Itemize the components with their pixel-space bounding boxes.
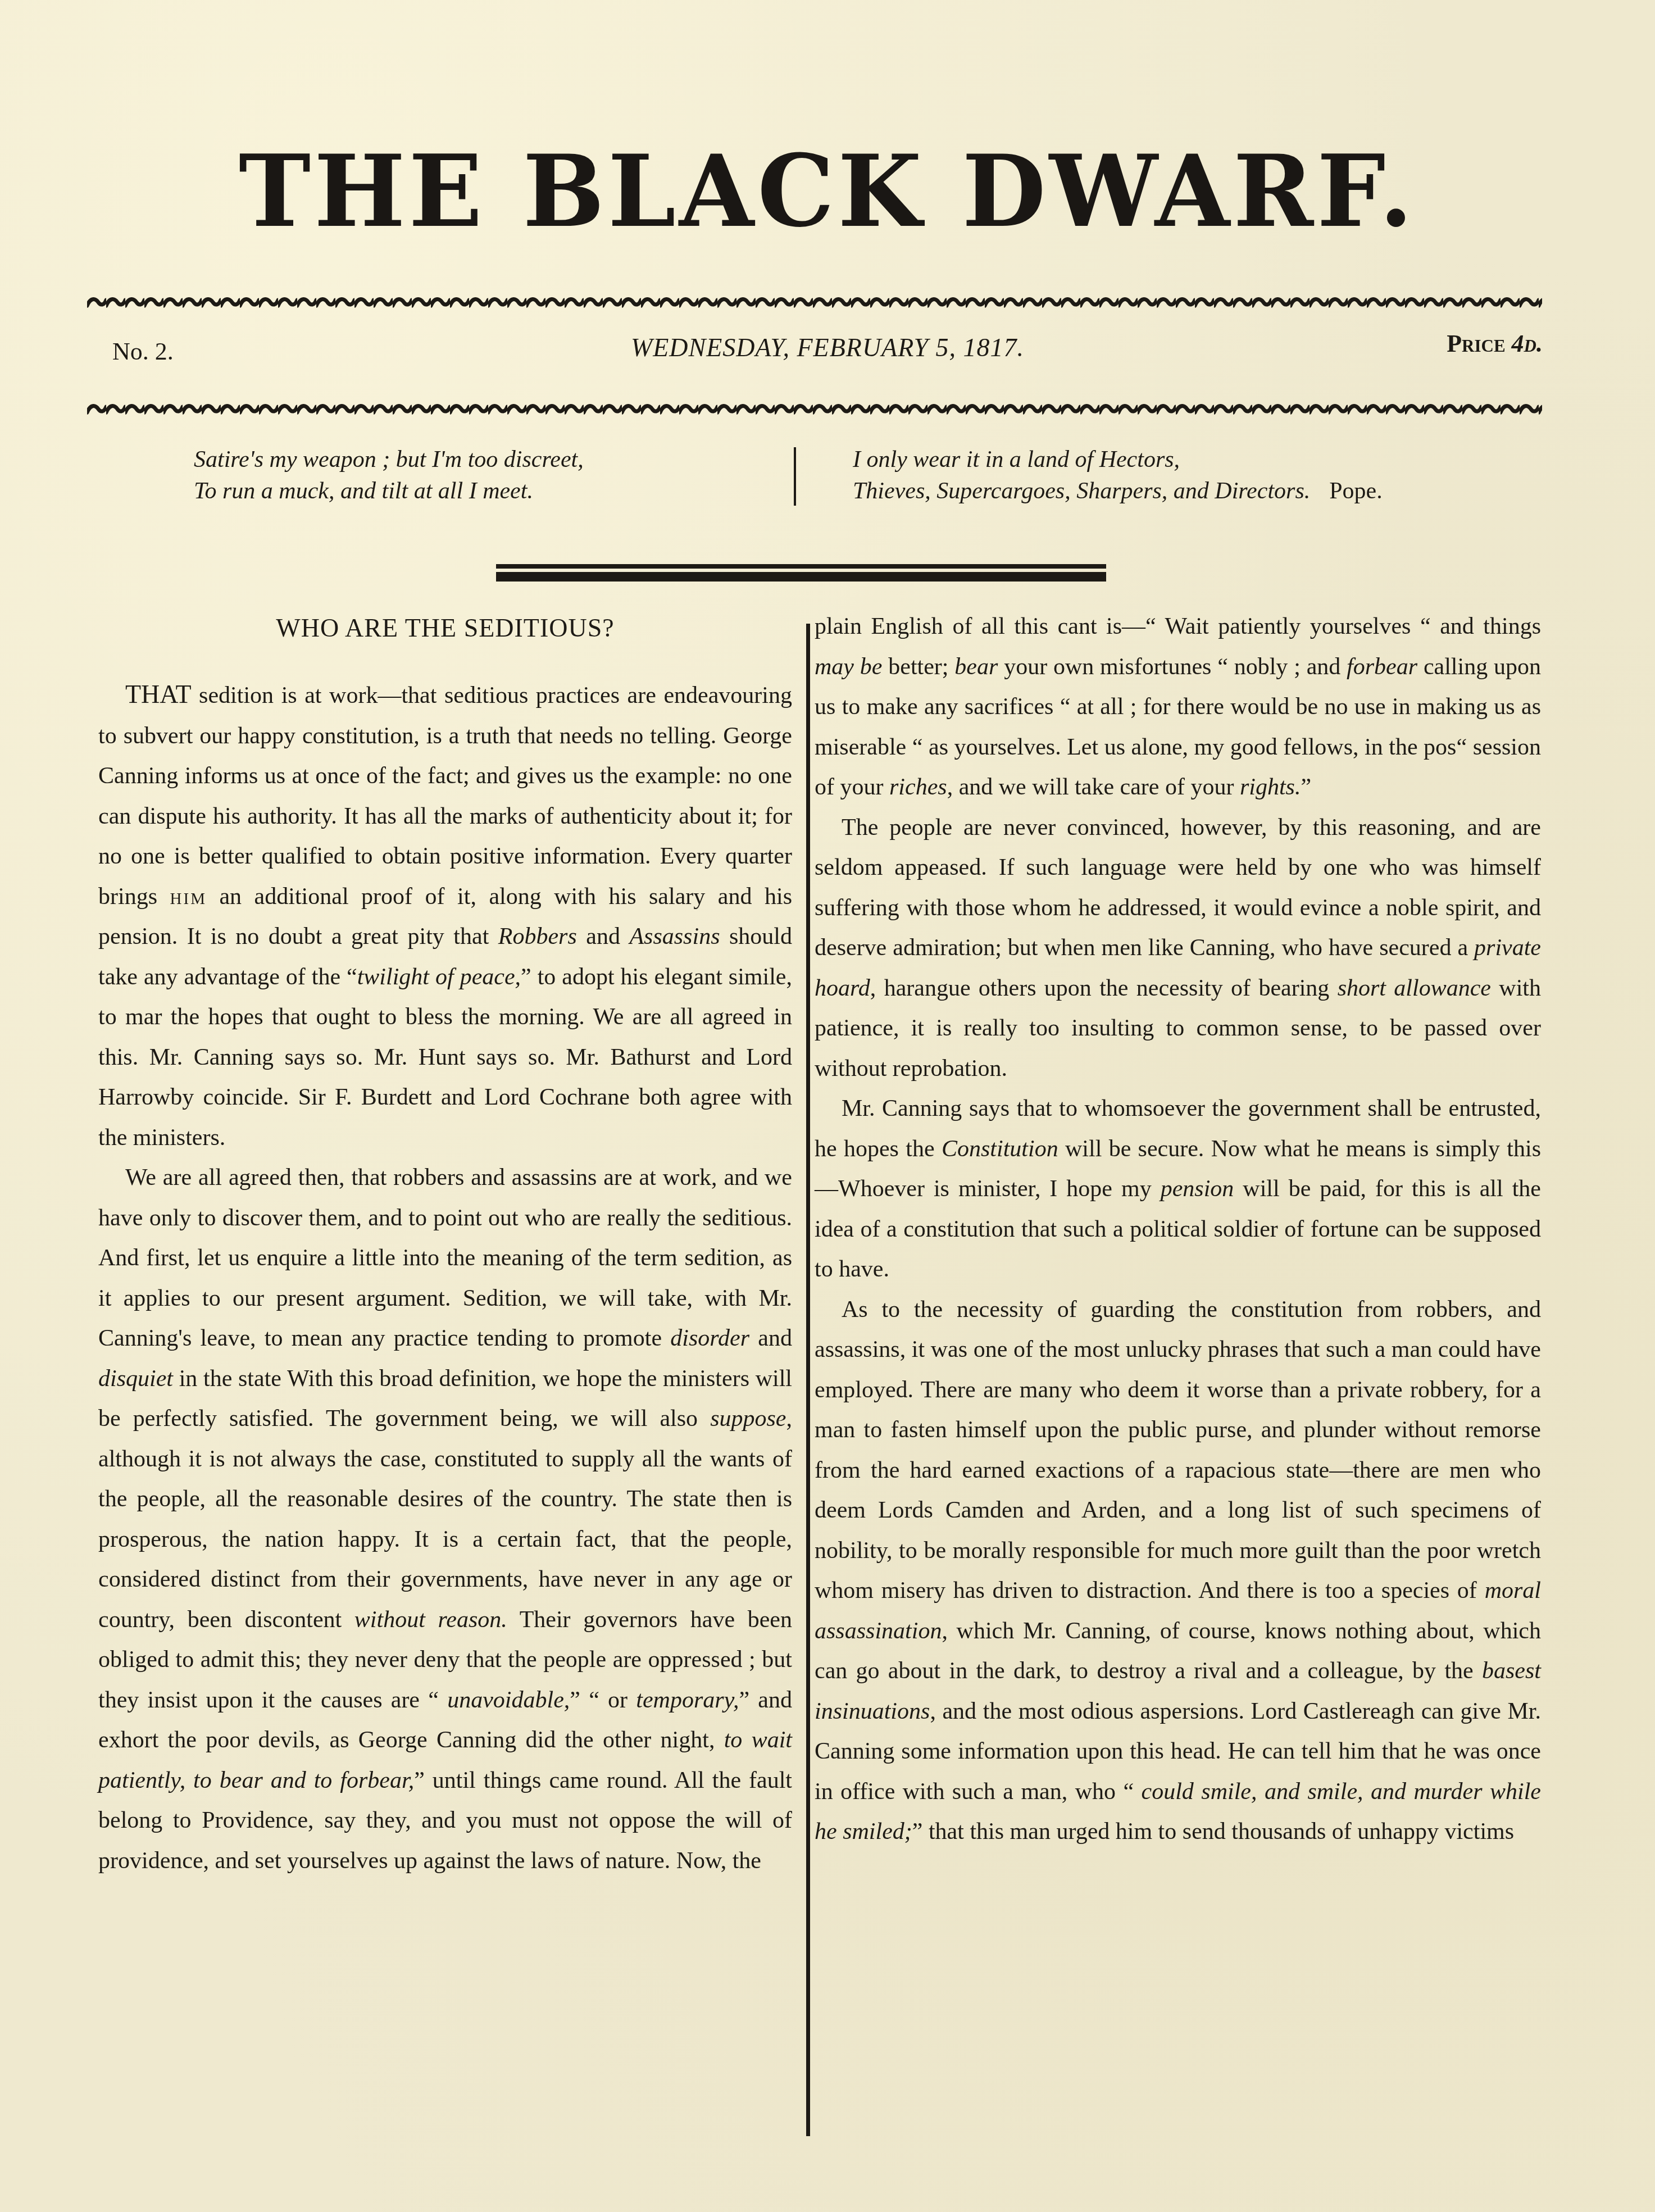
text-run: in the state With this broad definition,… <box>98 1366 792 1432</box>
article-paragraph: As to the necessity of guarding the cons… <box>815 1290 1541 1852</box>
italic-text: suppose <box>710 1406 786 1432</box>
text-run: plain English of all this cant is—“ Wait… <box>815 614 1541 639</box>
masthead-title: THE BLACK DWARF. <box>0 142 1655 240</box>
article-paragraph: The people are never convinced, however,… <box>815 808 1541 1089</box>
wavy-rule-bottom <box>87 399 1542 418</box>
article-column-left: WHO ARE THE SEDITIOUS? THAT sedition is … <box>98 607 792 1881</box>
epigraph-line: I only wear it in a land of Hectors, <box>853 444 1527 475</box>
article-paragraph: Mr. Canning says that to whomsoever the … <box>815 1089 1541 1290</box>
text-run: As to the necessity of guarding the cons… <box>815 1297 1541 1604</box>
italic-text: unavoidable, <box>447 1687 570 1713</box>
italic-text: twilight of peace, <box>357 964 521 990</box>
epigraph-attribution: Pope. <box>1329 478 1383 504</box>
text-run: and <box>749 1325 792 1351</box>
epigraph-line: To run a muck, and tilt at all I meet. <box>194 475 756 507</box>
text-run: ” <box>1301 774 1311 800</box>
text-run: , and we will take care of your <box>947 774 1240 800</box>
epigraph-line: Thieves, Supercargoes, Sharpers, and Dir… <box>853 478 1310 504</box>
italic-text: disorder <box>670 1325 749 1351</box>
epigraph-line: Satire's my weapon ; but I'm too discree… <box>194 444 756 475</box>
epigraph-left: Satire's my weapon ; but I'm too discree… <box>194 444 756 507</box>
text-run: The people are never convinced, however,… <box>815 815 1541 961</box>
article-paragraph: plain English of all this cant is—“ Wait… <box>815 607 1541 808</box>
article-column-right: plain English of all this cant is—“ Wait… <box>815 607 1541 1852</box>
epigraph-divider <box>794 447 796 506</box>
italic-text: bear <box>954 654 998 680</box>
italic-text: may be <box>815 654 882 680</box>
dateline: No. 2. WEDNESDAY, FEBRUARY 5, 1817. Pric… <box>112 333 1543 372</box>
article-paragraph: We are all agreed then, that robbers and… <box>98 1158 792 1881</box>
italic-text: Robbers <box>498 924 577 950</box>
issue-price: Price 4d. <box>1447 329 1543 358</box>
opening-word: THAT <box>125 680 192 708</box>
italic-text: pension <box>1161 1176 1234 1202</box>
italic-text: short allowance <box>1338 975 1491 1001</box>
text-run: your own misfortunes “ nobly ; and <box>998 654 1347 680</box>
issue-date: WEDNESDAY, FEBRUARY 5, 1817. <box>112 333 1543 362</box>
article-paragraph: THAT sedition is at work—that seditious … <box>98 674 792 1158</box>
epigraph-right: I only wear it in a land of Hectors, Thi… <box>853 444 1527 507</box>
price-label: Price <box>1447 330 1505 357</box>
italic-text: forbear <box>1347 654 1417 680</box>
text-run: and <box>577 924 630 950</box>
italic-text: Constitution <box>942 1136 1058 1162</box>
section-double-rule <box>496 564 1106 580</box>
article-headline: WHO ARE THE SEDITIOUS? <box>98 607 792 645</box>
text-run: sedition is at work—that seditious pract… <box>98 683 792 910</box>
text-run: , harangue others upon the necessity of … <box>870 975 1338 1001</box>
text-run: , although it is not always the case, co… <box>98 1406 792 1633</box>
text-run: ” that this man urged him to send thousa… <box>912 1819 1514 1845</box>
italic-text: Assassins <box>629 924 720 950</box>
italic-text: riches <box>889 774 947 800</box>
column-divider <box>806 624 810 2136</box>
rule-thick <box>496 572 1106 582</box>
newspaper-page: THE BLACK DWARF. No. 2. WEDNESDAY, FEBRU… <box>0 0 1655 2212</box>
rule-thin <box>496 564 1106 569</box>
text-run: better; <box>882 654 954 680</box>
italic-text: rights. <box>1240 774 1301 800</box>
small-caps-text: him <box>170 884 207 910</box>
wavy-rule-top <box>87 292 1542 311</box>
italic-text: temporary, <box>636 1687 739 1713</box>
text-run: ” “ or <box>570 1687 636 1713</box>
italic-text: without reason. <box>354 1607 507 1633</box>
italic-text: disquiet <box>98 1366 173 1392</box>
text-run: ” to adopt his elegant simile, to mar th… <box>98 964 792 1151</box>
price-value: 4d. <box>1512 330 1543 357</box>
text-run: We are all agreed then, that robbers and… <box>98 1165 792 1351</box>
